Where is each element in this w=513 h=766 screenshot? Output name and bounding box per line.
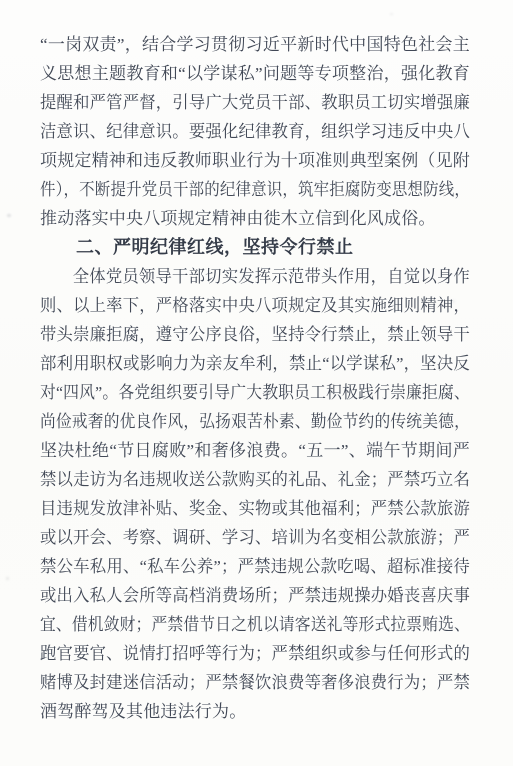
- text-line: 赌博及封建迷信活动；严禁餐饮浪费等奢侈浪费行为；严禁: [40, 668, 453, 697]
- text-line: 或以开会、考察、调研、学习、培训为名变相公款旅游；严: [40, 523, 453, 552]
- text-line: 尚俭戒奢的优良作风，弘扬艰苦朴素、勤俭节约的传统美德，: [40, 407, 438, 436]
- text-line: 目违规发放津补贴、奖金、实物或其他福利；严禁公款旅游: [40, 494, 453, 523]
- scan-speckle: [390, 13, 393, 15]
- paragraph-2: 全体党员领导干部切实发挥示范带头作用，自觉以身作则、以上率下，严格落实中央八项规…: [40, 262, 470, 726]
- text-line: 件），不断提升党员干部的纪律意识，筑牢拒腐防变思想防线，: [40, 175, 431, 204]
- text-line: 则、以上率下，严格落实中央八项规定及其实施细则精神，: [40, 291, 453, 320]
- scan-speckle: [6, 577, 9, 580]
- text-line: 禁以走访为名违规收送公款购买的礼品、礼金；严禁巧立名: [40, 465, 453, 494]
- text-line: 部利用职权或影响力为亲友牟利，禁止“以学谋私”，坚决反: [40, 349, 455, 378]
- text-line: 洁意识、纪律意识。要强化纪律教育，组织学习违反中央八: [40, 117, 453, 146]
- text-line: 义思想主题教育和“以学谋私”问题等专项整治，强化教育: [40, 59, 470, 88]
- section-heading: 二、严明纪律红线，坚持令行禁止: [40, 233, 470, 262]
- text-line: 推动落实中央八项规定精神由徙木立信到化风成俗。: [40, 204, 470, 233]
- text-column: “一岗双责”，结合学习贯彻习近平新时代中国特色社会主义思想主题教育和“以学谋私”…: [40, 30, 470, 726]
- scan-speckle: [7, 214, 11, 217]
- text-line: 对“四风”。各党组织要引导广大教职员工积极践行崇廉拒腐、: [40, 378, 440, 407]
- text-line: 项规定精神和违反教师职业行为十项准则典型案例（见附: [40, 146, 470, 175]
- text-line: 提醒和严管严督，引导广大党员干部、教职员工切实增强廉: [40, 88, 453, 117]
- text-line: 禁公车私用、“私车公养”；严禁违规公款吃喝、超标准接待: [40, 552, 455, 581]
- text-line: 酒驾醉驾及其他违法行为。: [40, 697, 470, 726]
- document-page: “一岗双责”，结合学习贯彻习近平新时代中国特色社会主义思想主题教育和“以学谋私”…: [0, 0, 513, 766]
- text-line: “一岗双责”，结合学习贯彻习近平新时代中国特色社会主: [40, 30, 470, 59]
- text-line: 宜、借机敛财；严禁借节日之机以请客送礼等形式拉票贿选、: [40, 610, 438, 639]
- text-line: 或出入私人会所等高档消费场所；严禁违规操办婚丧喜庆事: [40, 581, 453, 610]
- text-line: 坚决杜绝“节日腐败”和奢侈浪费。“五一”、端午节期间严: [40, 436, 470, 465]
- text-line: 带头崇廉拒腐，遵守公序良俗，坚持令行禁止，禁止领导干: [40, 320, 453, 349]
- text-line: 全体党员领导干部切实发挥示范带头作用，自觉以身作: [40, 262, 454, 291]
- paragraph-1: “一岗双责”，结合学习贯彻习近平新时代中国特色社会主义思想主题教育和“以学谋私”…: [40, 30, 470, 233]
- text-line: 跑官要官、说情打招呼等行为；严禁组织或参与任何形式的: [40, 639, 453, 668]
